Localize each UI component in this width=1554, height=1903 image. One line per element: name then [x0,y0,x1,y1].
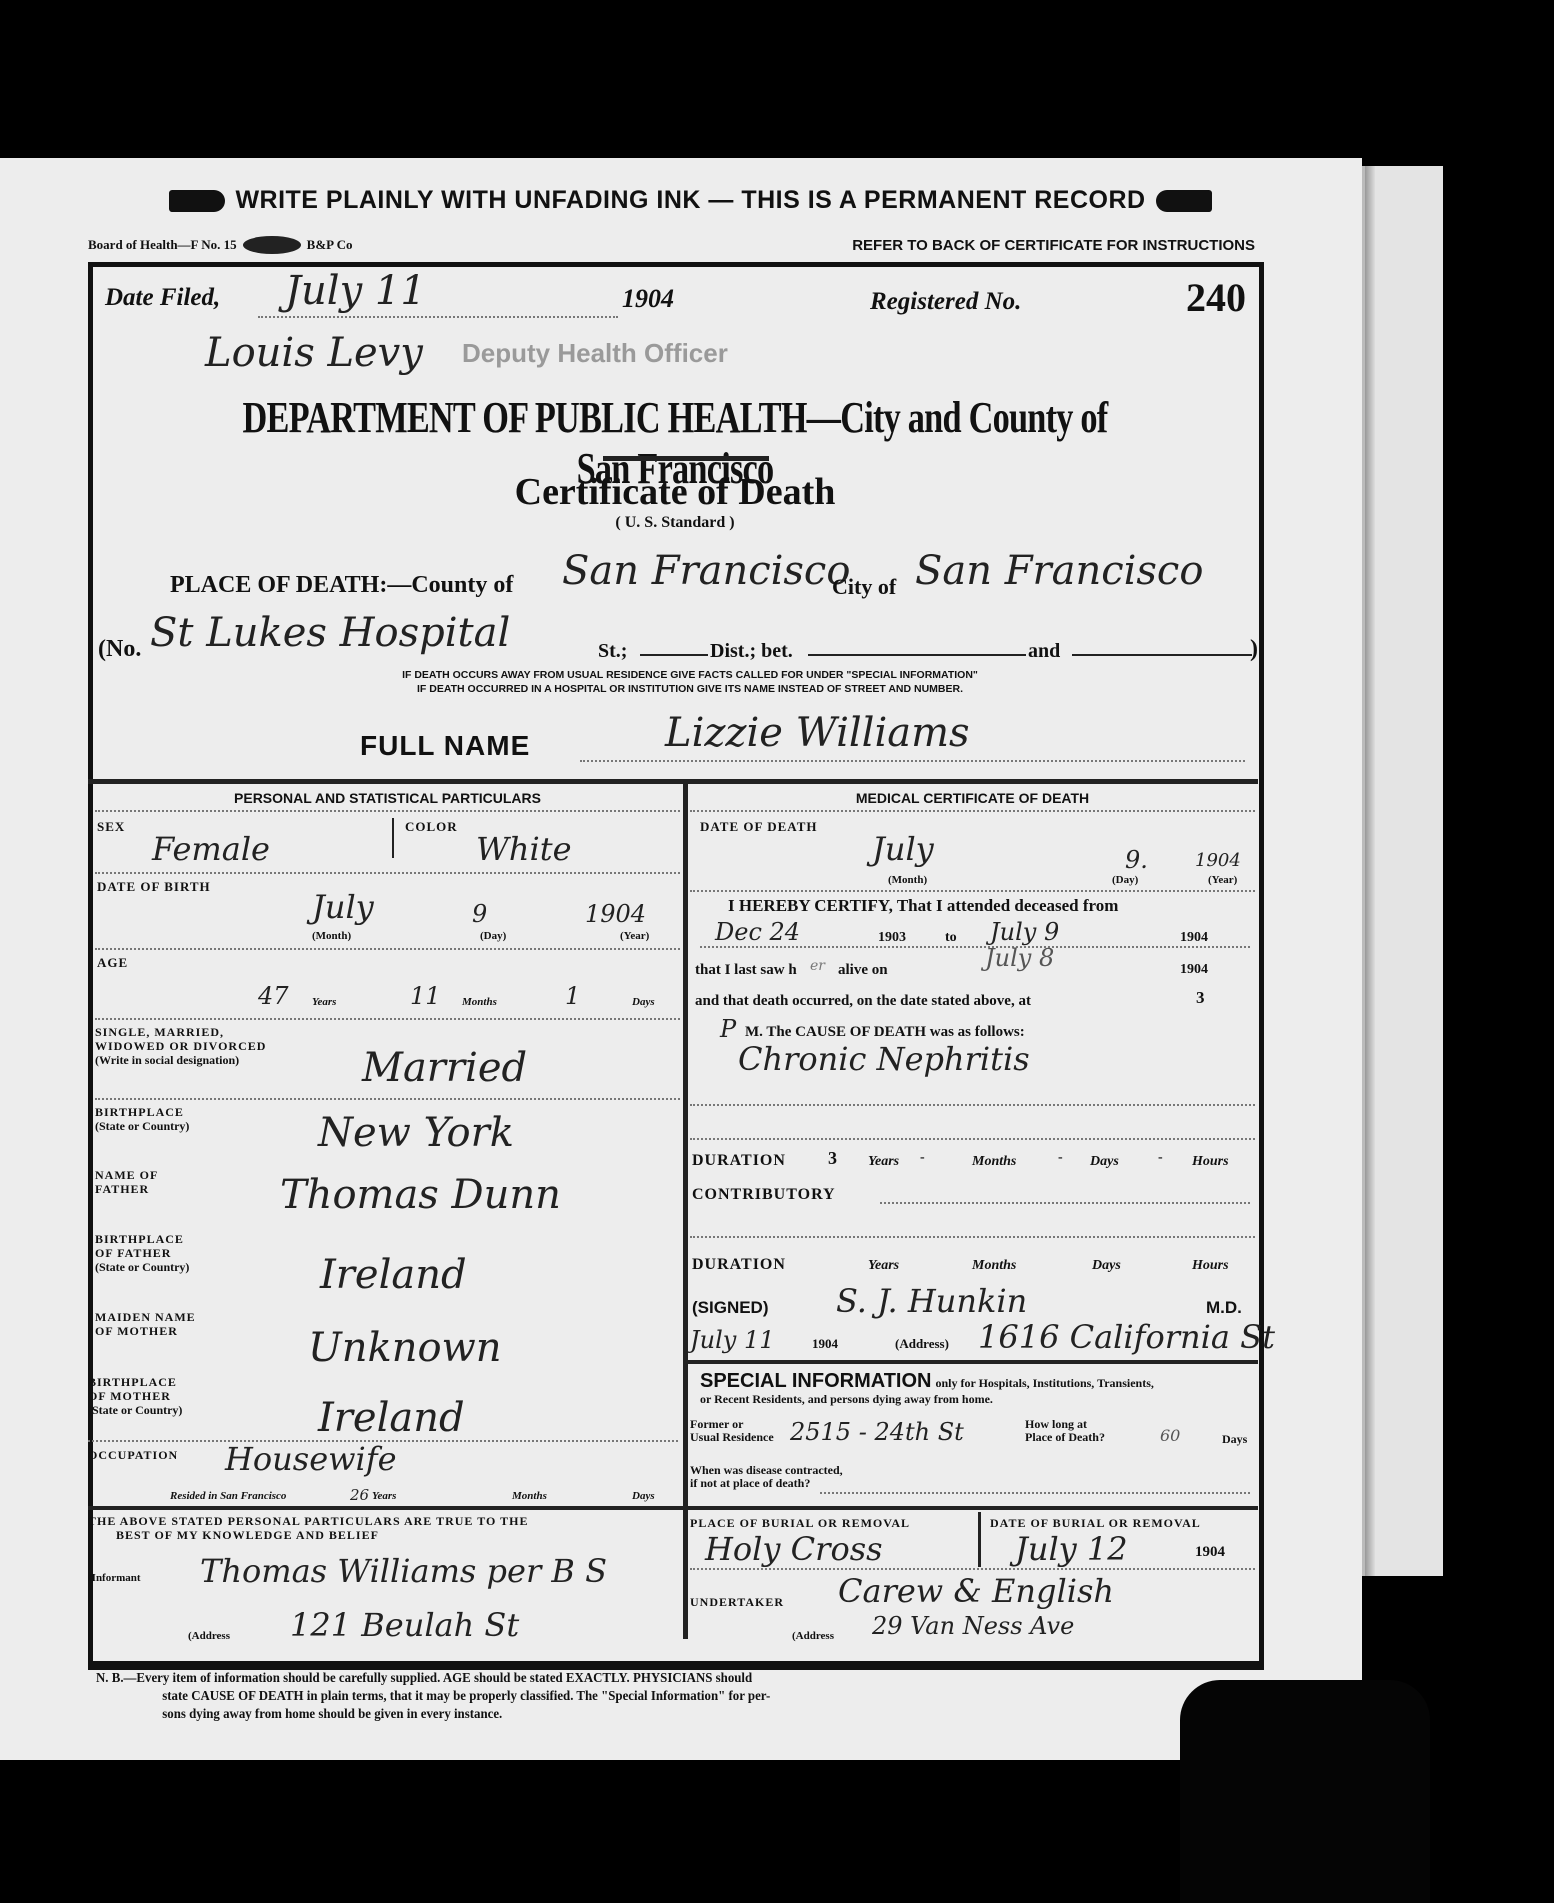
attended-from-year: 1903 [878,930,906,946]
last-saw-prefix: that I last saw h [695,962,797,979]
adjacent-page-edge [1362,166,1443,1576]
medical-heading-line [690,810,1255,812]
city-value: San Francisco [915,548,1203,594]
printer-name: B&P Co [307,237,353,253]
death-meridian: P [720,1015,736,1043]
cause-text: M. The CAUSE OF DEATH was as follows: [745,1024,1025,1041]
dist-line [808,654,1026,656]
last-saw-date: July 8 [985,944,1054,972]
dod-row-line [690,890,1255,892]
how-long-value: 60 [1160,1426,1180,1445]
signed-date: July 11 [690,1326,774,1354]
sex-label: SEX [97,820,125,834]
contributory-line-2 [690,1236,1255,1238]
full-name-label: FULL NAME [360,730,530,762]
father-value: Thomas Dunn [280,1172,561,1218]
father-birthplace-label: BIRTHPLACE OF FATHER (State or Country) [95,1232,189,1274]
duration-months-caption: Months [972,1154,1016,1170]
mother-label: MAIDEN NAME OF MOTHER [95,1310,196,1338]
place-notes: IF DEATH OCCURS AWAY FROM USUAL RESIDENC… [240,668,1140,696]
special-info-scope-2: or Recent Residents, and persons dying a… [700,1393,1255,1406]
footer-note: N. B.—Every item of information should b… [96,1670,1090,1724]
no-label: (No. [98,636,141,663]
footer-note-3: sons dying away from home should be give… [96,1706,1090,1724]
dod-year: 1904 [1195,850,1241,871]
dod-month-caption: (Month) [888,874,927,886]
contributory-label: CONTRIBUTORY [692,1186,836,1204]
occupation-label: OCCUPATION [88,1448,178,1462]
undertaker-label: UNDERTAKER [690,1595,784,1609]
father-bp-label-3: (State or Country) [95,1260,189,1274]
sex-color-divider [392,818,394,858]
st-label: St.; [598,640,627,663]
md-label: M.D. [1206,1298,1242,1318]
physician-address-label: (Address) [895,1336,949,1352]
physician-signature: S. J. Hunkin [836,1282,1027,1320]
duration2-days-caption: Days [1092,1258,1121,1274]
marital-label-2: WIDOWED OR DIVORCED [95,1039,266,1053]
resided-months-caption: Months [512,1490,547,1502]
special-bottom-rule [683,1506,1258,1510]
sex-row-line [95,872,680,874]
special-info-title: SPECIAL INFORMATION [700,1370,931,1392]
father-label-1: NAME OF [95,1168,158,1182]
close-paren: ) [1250,636,1258,663]
duration-hours: - [1158,1150,1163,1166]
mother-bp-label-3: (State or Country) [88,1403,182,1417]
birthplace-label-1: BIRTHPLACE [95,1105,189,1119]
and-line [1072,654,1252,656]
informant-label: (Informant [88,1572,141,1584]
signed-year: 1904 [812,1336,838,1352]
father-label-2: FATHER [95,1182,158,1196]
burial-line [690,1568,1255,1570]
alive-on-label: alive on [838,962,888,979]
age-row-line [95,1018,680,1020]
institution-value: St Lukes Hospital [150,610,510,656]
contracted-label-2: if not at place of death? [690,1477,843,1490]
occupation-value: Housewife [225,1440,397,1478]
pointing-hand-left-icon [1156,190,1212,212]
duration-label: DURATION [692,1152,786,1170]
mother-birthplace-label: BIRTHPLACE OF MOTHER (State or Country) [88,1375,182,1417]
age-years-caption: Years [312,996,336,1008]
duration-years: 3 [828,1148,837,1169]
age-months: 11 [410,982,441,1010]
dob-day-caption: (Day) [480,930,506,942]
marital-label-3: (Write in social designation) [95,1053,266,1067]
personal-bottom-rule [88,1506,683,1510]
marital-row-line [95,1098,680,1100]
physician-address: 1616 California St [978,1318,1275,1356]
date-filed-value: July 11 [285,268,426,314]
section-rule [88,779,1258,784]
duration2-years-caption: Years [868,1258,899,1274]
form-id: Board of Health—F No. 15 B&P Co [88,236,353,254]
marital-value: Married [362,1045,527,1091]
burial-place-label: PLACE OF BURIAL OR REMOVAL [690,1516,910,1530]
attended-from: Dec 24 [715,918,800,946]
marital-label: SINGLE, MARRIED, WIDOWED OR DIVORCED (Wr… [95,1025,266,1067]
contracted-line [820,1492,1250,1494]
certify-text: I HEREBY CERTIFY, That I attended deceas… [728,896,1118,916]
dod-year-caption: (Year) [1208,874,1237,886]
personal-heading: PERSONAL AND STATISTICAL PARTICULARS [95,790,680,806]
title-rule [603,456,769,461]
footer-note-2: state CAUSE OF DEATH in plain terms, tha… [96,1688,1090,1706]
dob-month-caption: (Month) [312,930,351,942]
father-birthplace-value: Ireland [320,1252,467,1298]
age-label: AGE [97,956,128,970]
officer-signature: Louis Levy [205,330,423,376]
duration-days-caption: Days [1090,1154,1119,1170]
attest-line-2: BEST OF MY KNOWLEDGE AND BELIEF [88,1528,528,1542]
place-note-1: IF DEATH OCCURS AWAY FROM USUAL RESIDENC… [240,668,1140,682]
dod-month: July [872,830,934,868]
attended-to: July 9 [990,918,1059,946]
attest-line-1: THE ABOVE STATED PERSONAL PARTICULARS AR… [88,1514,528,1528]
dist-label: Dist.; bet. [710,640,793,663]
death-hour: 3 [1196,988,1205,1008]
duration-months: - [920,1150,925,1166]
medical-bottom-rule [683,1360,1258,1364]
dob-row-line [95,948,680,950]
informant-address-label: (Address [188,1630,230,1642]
duration-years-caption: Years [868,1154,899,1170]
to-label: to [945,930,957,946]
burial-date-label: DATE of BURIAL or REMOVAL [990,1516,1201,1530]
place-note-2: IF DEATH OCCURRED IN A HOSPITAL OR INSTI… [240,682,1140,696]
mother-label-1: MAIDEN NAME [95,1310,196,1324]
undertaker-address: 29 Van Ness Ave [872,1612,1074,1640]
attended-to-year: 1904 [1180,930,1208,946]
resided-years-caption: Years [372,1490,396,1502]
burial-divider [978,1512,981,1567]
last-saw-year: 1904 [1180,962,1208,978]
sex-value: Female [152,830,270,868]
cause-line-1 [690,1104,1255,1106]
full-name-value: Lizzie Williams [665,710,970,756]
printer-seal-icon [243,236,301,254]
burial-year: 1904 [1195,1544,1225,1561]
how-long-label: How long at Place of Death? [1025,1418,1105,1444]
birthplace-label: BIRTHPLACE (State or Country) [95,1105,189,1133]
color-label: COLOR [405,820,458,834]
duration-hours-caption: Hours [1192,1154,1229,1170]
dob-year-caption: (Year) [620,930,649,942]
informant-value: Thomas Williams per B S [200,1552,607,1590]
birthplace-value: New York [318,1110,514,1156]
cause-of-death: Chronic Nephritis [738,1040,1030,1078]
special-info-scope: only for Hospitals, Institutions, Transi… [935,1376,1153,1390]
burial-date: July 12 [1015,1530,1128,1568]
resided-years: 26 [350,1486,369,1504]
dob-month: July [312,888,374,926]
dod-label: DATE OF DEATH [700,820,818,834]
attestation: THE ABOVE STATED PERSONAL PARTICULARS AR… [88,1514,528,1542]
contributory-line [880,1202,1250,1204]
marital-label-1: SINGLE, MARRIED, [95,1025,266,1039]
mother-label-2: OF MOTHER [95,1324,196,1338]
scan-shadow [1180,1680,1430,1903]
city-label: City of [832,574,896,600]
contracted-label: When was disease contracted, if not at p… [690,1464,843,1490]
burial-place: Holy Cross [705,1530,883,1568]
duration2-months-caption: Months [972,1258,1016,1274]
form-number: Board of Health—F No. 15 [88,237,237,253]
pointing-hand-right-icon [169,190,225,212]
age-days: 1 [565,982,580,1010]
age-months-caption: Months [462,996,497,1008]
age-days-caption: Days [632,996,655,1008]
registered-number: 240 [1186,274,1246,321]
dob-day: 9 [472,900,487,928]
full-name-line [580,760,1245,762]
last-saw-pronoun: er [810,958,825,974]
father-bp-label-2: OF FATHER [95,1246,189,1260]
personal-heading-line [95,810,680,812]
undertaker-address-label: (Address [792,1630,834,1642]
officer-title: Deputy Health Officer [462,338,728,369]
residence-label-2: Usual Residence [690,1431,774,1444]
date-filed-line [258,316,618,318]
column-divider [683,784,688,1639]
duration2-hours-caption: Hours [1192,1258,1229,1274]
dod-day: 9. [1125,846,1148,874]
father-label: NAME OF FATHER [95,1168,158,1196]
usual-residence: 2515 - 24th St [790,1418,964,1446]
informant-address-value: 121 Beulah St [290,1606,519,1644]
cause-line-2 [690,1138,1255,1140]
undertaker: Carew & English [838,1572,1114,1610]
special-info-heading: SPECIAL INFORMATION only for Hospitals, … [700,1370,1255,1406]
county-value: San Francisco [562,548,850,594]
age-years: 47 [258,982,289,1010]
duration2-label: DURATION [692,1256,786,1274]
medical-heading: MEDICAL CERTIFICATE OF DEATH [690,790,1255,806]
how-long-days: Days [1222,1432,1247,1447]
st-line [640,654,708,656]
dob-label: DATE OF BIRTH [97,880,211,894]
warning-text: WRITE PLAINLY WITH UNFADING INK — THIS I… [235,186,1145,215]
date-filed-label: Date Filed, [105,284,220,312]
warning-banner: WRITE PLAINLY WITH UNFADING INK — THIS I… [148,186,1233,215]
father-bp-label-1: BIRTHPLACE [95,1232,189,1246]
resided-label: Resided in San Francisco [170,1490,286,1502]
dob-year: 1904 [585,900,646,928]
resided-days-caption: Days [632,1490,655,1502]
and-label: and [1028,640,1060,663]
mother-bp-label-2: OF MOTHER [88,1389,182,1403]
date-filed-year: 1904 [622,284,674,314]
certificate-title: Certificate of Death [100,470,1250,514]
duration-days: - [1058,1150,1063,1166]
how-long-label-2: Place of Death? [1025,1431,1105,1444]
attended-line [700,946,1250,948]
mother-value: Unknown [308,1325,502,1371]
signed-label: (SIGNED) [692,1298,769,1318]
birthplace-label-2: (State or Country) [95,1119,189,1133]
standard-subtitle: ( U. S. Standard ) [100,514,1250,532]
registered-label: Registered No. [870,288,1021,316]
mother-birthplace-value: Ireland [318,1395,465,1441]
place-of-death-label: PLACE OF DEATH:—County of [170,572,513,599]
residence-label: Former or Usual Residence [690,1418,774,1444]
occurred-text: and that death occurred, on the date sta… [695,993,1031,1010]
footer-note-1: N. B.—Every item of information should b… [96,1670,1090,1688]
color-value: White [476,830,572,868]
mother-bp-label-1: BIRTHPLACE [88,1375,182,1389]
dod-day-caption: (Day) [1112,874,1138,886]
instructions-note: REFER TO BACK OF CERTIFICATE FOR INSTRUC… [740,237,1255,254]
